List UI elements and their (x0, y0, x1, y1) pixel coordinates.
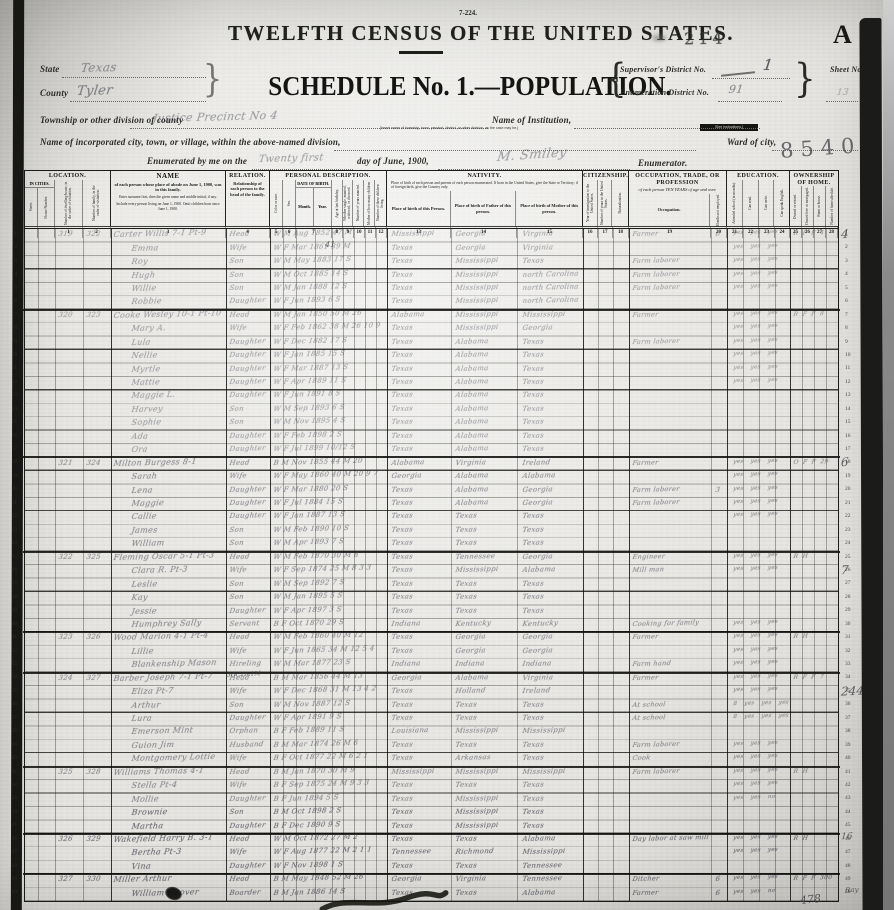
dob-sub-col: Month. (296, 188, 314, 227)
header-col-label: Street. (29, 202, 33, 211)
group-columns: Year of immigration to the United States… (583, 180, 628, 227)
header-col: Number of farm schedule. (826, 186, 838, 226)
entry-own: R H (793, 835, 809, 842)
entry-name: Blankenship Mason (131, 658, 217, 669)
entry-dw: 320 (58, 310, 73, 318)
entry-pobm: Alabama (522, 888, 556, 897)
header-col-label: Can speak English. (780, 189, 784, 217)
entry-rel: Daughter (229, 296, 266, 305)
entry-name: Carter Willis 7-1 Pt-9 (113, 228, 207, 239)
entry-pobm: Texas (522, 391, 545, 400)
entry-edu: yes yes no (733, 888, 776, 895)
entry-pob: Mississippi (391, 767, 435, 776)
entry-pob: Texas (391, 834, 414, 843)
group-title: NAME (111, 171, 225, 181)
entry-pob: Texas (391, 337, 414, 346)
entry-occ: Farm laborer (632, 484, 680, 493)
entry-desc: W M Nov 1887 12 S (273, 699, 351, 709)
entry-pob: Texas (391, 861, 414, 870)
entry-occ: Farm laborer (632, 767, 680, 776)
row-number: 42 (845, 779, 859, 792)
entry-edu: yes yes yes (733, 659, 778, 666)
header-col-label: Farm or house. (817, 195, 821, 217)
entry-name: Emma (131, 243, 159, 253)
entry-dw: 325 (58, 767, 73, 775)
entry-occ: Farmer (632, 458, 659, 467)
entry-pobf: Texas (455, 781, 478, 790)
entry-pobm: Georgia (522, 323, 553, 332)
entry-pob: Texas (391, 243, 414, 252)
row-number: 43 (3, 792, 17, 805)
entry-rel: Head (229, 767, 250, 776)
entry-rel: Son (229, 418, 245, 426)
row-number: 14 (845, 403, 859, 416)
entry-desc: W F Jan 1887 13 S (273, 511, 346, 521)
entry-pob: Texas (391, 539, 414, 548)
entry-desc: W M May 1883 17 S (273, 255, 352, 265)
row-number: 42 (3, 779, 17, 792)
row-number: 23 (3, 524, 17, 537)
entry-pobm: Virginia (522, 229, 554, 238)
entry-pobm: Texas (522, 377, 545, 386)
entry-mo: 6 (715, 875, 721, 883)
entry-occ: At school (632, 700, 666, 709)
entry-pobm: Georgia (522, 485, 553, 494)
entry-desc: W M Jan 1895 5 S (273, 591, 343, 601)
entry-occ: Farm hand (632, 659, 672, 668)
entry-rel: Wife (229, 848, 247, 856)
entry-own: R F F 7 (793, 673, 825, 681)
column-line (517, 229, 518, 901)
entry-edu: yes yes yes (733, 350, 778, 357)
entry-pobm: Mississippi (522, 767, 566, 776)
entry-edu: yes yes yes (733, 686, 778, 693)
entry-name: William (131, 538, 165, 548)
entry-edu: yes yes yes (733, 646, 778, 653)
entry-pob: Tennessee (391, 847, 432, 856)
entry-fam: 329 (86, 835, 101, 843)
row-number: 12 (845, 376, 859, 389)
in-cities-label: IN CITIES. (25, 180, 54, 188)
header-col-label: Owned or rented. (793, 194, 797, 219)
header-col (226, 199, 269, 227)
enumerated-label: Enumerated by me on the (147, 156, 247, 166)
entry-name: Barber Joseph 7-1 Pt-7 (113, 671, 213, 683)
entry-mo: 6 (715, 889, 721, 897)
header-col-label: Attended school (in months). (732, 182, 736, 224)
entry-pobf: Mississippi (455, 283, 499, 292)
entry-name: Sarah (131, 471, 158, 481)
entry-pobm: Virginia (522, 673, 554, 682)
header-col-label: Mother of how many children. (367, 181, 371, 225)
column-line (727, 229, 729, 901)
entry-pob: Texas (391, 283, 414, 292)
group-title: LOCATION. (25, 171, 110, 180)
entry-occ: Cooking for family (632, 618, 700, 628)
entry-pobf: Alabama (455, 673, 489, 682)
entry-desc: W M Feb 1870 30 M 8 (273, 551, 359, 561)
entry-pobf: Alabama (455, 431, 489, 440)
entry-edu: yes yes yes (733, 484, 778, 491)
row-number: 36 (3, 698, 17, 711)
row-number: 20 (3, 483, 17, 496)
entry-pobf: Texas (455, 593, 478, 602)
entry-rel: Wife (229, 687, 247, 695)
row-number: 37 (3, 712, 17, 725)
entry-edu: yes yes yes (733, 767, 778, 774)
column-line (711, 229, 712, 901)
day-of-june-label: day of June, 1900, (357, 156, 429, 166)
entry-pobf: Texas (455, 861, 478, 870)
footer-pencil-number: 478 (799, 892, 821, 907)
entry-name: Jessie (131, 606, 158, 616)
entry-pob: Texas (391, 364, 414, 373)
row-number: 22 (845, 510, 859, 523)
entry-desc: B F Sep 1875 24 M 9 3 3 (273, 779, 370, 789)
header-col: Occupation. (629, 194, 710, 226)
entry-pob: Texas (391, 498, 414, 507)
entry-occ: Farm laborer (632, 269, 680, 278)
entry-pob: Texas (391, 687, 414, 696)
row-number: 12 (3, 376, 17, 389)
row-number: 2 (845, 241, 859, 254)
county-label: County (40, 88, 68, 98)
entry-rel: Daughter (229, 606, 266, 615)
entry-pob: Texas (391, 781, 414, 790)
entry-pobm: Texas (522, 754, 545, 763)
entry-occ: Farm laborer (632, 740, 680, 749)
header-col-label: Age at last birthday. (335, 189, 339, 218)
entry-pobm: Texas (522, 431, 545, 440)
row-number: 1 (845, 228, 859, 241)
entry-desc: W F Mar 1880 20 S (273, 484, 349, 494)
header-col-label: Whether single, married, widowed, or div… (343, 181, 351, 225)
row-number: 48 (845, 860, 859, 873)
group-desc-2: Enter surname first, then the given name… (111, 194, 225, 201)
header-group-8: OWNERSHIP OF HOME.Owned or rented.Owned … (790, 171, 838, 226)
entry-rel: Daughter (229, 794, 266, 803)
entry-pobm: Texas (522, 539, 545, 548)
entry-pob: Texas (391, 606, 414, 615)
row-number: 28 (845, 591, 859, 604)
entry-pobf: Texas (455, 713, 478, 722)
entry-name: Myrtle (131, 364, 161, 374)
entry-pob: Texas (391, 404, 414, 413)
row-number: 36 (845, 698, 859, 711)
header-col: Year of immigration to the United States… (583, 180, 598, 227)
entry-edu: yes yes yes (733, 283, 778, 290)
entry-occ: Farmer (632, 230, 659, 239)
entry-edu: yes yes yes (733, 740, 778, 747)
entry-own: O F F 29 (793, 458, 829, 466)
entry-edu: yes yes yes (733, 377, 778, 384)
enumerator-label: Enumerator. (638, 158, 687, 168)
entry-rel: Daughter (229, 431, 266, 440)
row-number: 46 (845, 833, 859, 846)
entry-rel: Daughter (229, 444, 266, 453)
group-title: OWNERSHIP OF HOME. (790, 171, 838, 186)
header-col-label: House Number. (44, 196, 48, 219)
entry-edu: yes yes yes (733, 229, 778, 236)
row-number: 25 (845, 551, 859, 564)
entry-desc: B F Jun 1894 5 S (273, 793, 339, 803)
column-line (814, 229, 815, 901)
entry-name: Clara R. Pt-3 (131, 565, 188, 575)
entry-name: Roy (131, 257, 149, 266)
entry-pob: Indiana (391, 660, 421, 669)
header-col: House Number. (38, 188, 54, 227)
entry-desc: B F Oct 1870 29 S (273, 618, 345, 628)
entry-pob: Texas (391, 485, 414, 494)
header-col-label: Place of birth of this Person. (390, 206, 447, 212)
header-col-label: Number of farm schedule. (830, 187, 834, 225)
entry-rel: Son (229, 808, 245, 816)
entry-occ: Cook (632, 754, 651, 762)
state-label: State (40, 64, 60, 74)
entry-rel: Wife (229, 754, 247, 762)
entry-pob: Texas (391, 445, 414, 454)
census-screenshot: 7-224. TWELFTH CENSUS OF THE UNITED STAT… (0, 0, 894, 910)
in-cities-cols: Street.House Number. (25, 188, 54, 227)
header-group-4: NATIVITY.Place of birth of each person a… (387, 171, 583, 226)
entry-pobm: Texas (522, 808, 545, 817)
entry-pobm: Mississippi (522, 847, 566, 856)
entry-pobf: Alabama (455, 471, 489, 480)
entry-pobm: Texas (522, 257, 545, 266)
header-col: Mother of how many children. (364, 180, 375, 227)
entry-occ: Farmer (632, 673, 659, 682)
entry-name: Humphrey Sally (131, 618, 202, 629)
row-number: 47 (845, 846, 859, 859)
entry-rel: Son (229, 284, 245, 292)
group-title: OCCUPATION, TRADE, OR PROFESSION (629, 171, 726, 186)
stamp-214: 214 (684, 29, 727, 49)
header-group-6: OCCUPATION, TRADE, OR PROFESSIONof each … (629, 171, 727, 226)
entry-pob: Texas (391, 270, 414, 279)
entry-rel: Daughter (229, 337, 266, 346)
scan-right-margin (883, 0, 894, 910)
entry-rel: Wife (229, 324, 247, 332)
entry-desc: W M Aug 1852 47 M (273, 228, 353, 238)
entry-name: Bertha Pt-3 (131, 847, 182, 857)
state-value: Texas (80, 60, 118, 75)
entry-name: Lillie (131, 646, 154, 656)
entry-pob: Texas (391, 418, 414, 427)
entry-occ: Farm laborer (632, 498, 680, 507)
entry-pobf: Texas (455, 579, 478, 588)
group-title: NATIVITY. (387, 171, 582, 180)
entry-edu: yes yes yes (733, 673, 778, 680)
header-col: Can write. (759, 180, 775, 227)
group-columns: Attended school (in months).Can read.Can… (727, 180, 789, 227)
entry-own: R F F 8 (793, 310, 825, 318)
row-number: 29 (845, 604, 859, 617)
entry-pob: Texas (391, 297, 414, 306)
row-number: 47 (3, 846, 17, 859)
entry-name: Robbie (131, 297, 162, 307)
entry-rel: Head (229, 875, 250, 884)
entry-pobm: Georgia (522, 498, 553, 507)
entry-pob: Georgia (391, 471, 422, 480)
row-number: 15 (845, 416, 859, 429)
row-number: 37 (845, 712, 859, 725)
entry-pobf: Alabama (455, 498, 489, 507)
entry-fam: 324 (86, 458, 101, 466)
entry-pobm: Texas (522, 445, 545, 454)
row-numbers-left: 1234567891011121314151617181920212223242… (3, 228, 17, 900)
entry-pobm: Texas (522, 579, 545, 588)
row-number: 49 (845, 873, 859, 886)
entry-desc: W F Apr 1897 3 S (273, 605, 342, 615)
entry-desc: W F Jul 1884 15 S (273, 497, 344, 507)
entry-name: Miller Arthur (113, 874, 172, 885)
entry-name: Callie (131, 512, 157, 522)
entry-edu: yes yes yes (733, 834, 778, 841)
entry-desc: W F Dec 1868 31 M 13 4 2 (273, 684, 377, 695)
entry-edu: yes yes yes (733, 323, 778, 330)
row-number: 50 (845, 886, 859, 899)
group-desc: Place of birth of each person and parent… (387, 180, 582, 192)
enumerated-day-value: Twenty first (258, 152, 324, 165)
entry-fam: 327 (86, 673, 101, 681)
enumeration-line (718, 100, 782, 102)
entry-rel: Head (229, 458, 250, 467)
entry-edu: yes yes yes (733, 552, 778, 559)
row-number: 45 (845, 819, 859, 832)
column-line (270, 229, 272, 901)
entry-rel: Daughter (229, 498, 266, 507)
group-title: RELATION. (226, 171, 269, 180)
entry-name: Maggie L. (131, 390, 176, 400)
entry-desc: W F Nov 1898 1 S (273, 860, 344, 870)
entry-name: Willie (131, 283, 157, 293)
header-col-label: Sex. (287, 200, 291, 206)
row-number: 29 (3, 604, 17, 617)
entry-pobf: Texas (455, 512, 478, 521)
entry-pob: Texas (391, 552, 414, 561)
entry-pobf: Alabama (455, 485, 489, 494)
header-col: Place of birth of this Person. (387, 191, 451, 226)
header-col-label: Can write. (764, 195, 768, 210)
entry-pob: Texas (391, 391, 414, 400)
entry-pob: Texas (391, 324, 414, 333)
entry-pobf: Georgia (455, 243, 486, 252)
row-numbers-right: 1234567891011121314151617181920212223242… (845, 228, 859, 900)
entry-name: Montgomery Lottie (131, 752, 216, 763)
entry-pobf: Texas (455, 834, 478, 843)
entry-pobf: Mississippi (455, 565, 499, 574)
entry-dw: 323 (58, 633, 73, 641)
entry-dw: 327 (58, 875, 73, 883)
entry-name: Brownie (131, 807, 168, 817)
row-number: 38 (845, 725, 859, 738)
dob-sub-label: Month. (298, 204, 311, 209)
entry-pob: Texas (391, 713, 414, 722)
district-brace-close: } (794, 56, 816, 102)
entry-pobm: Tennessee (522, 861, 563, 870)
city-label: Name of incorporated city, town, or vill… (40, 137, 341, 147)
entry-pobf: Alabama (455, 377, 489, 386)
column-line (583, 229, 585, 901)
entry-rel: Daughter (229, 511, 266, 520)
entry-pob: Texas (391, 794, 414, 803)
township-note: [Insert name of township, town, precinct… (380, 126, 518, 130)
entry-name: Emerson Mint (131, 726, 194, 737)
entry-own: R F F 4 (793, 229, 825, 237)
entry-pobf: Mississippi (455, 269, 499, 278)
row-number: 2 (3, 241, 17, 254)
column-line (83, 229, 84, 901)
entry-desc: W M Jan 1850 50 M 26 (273, 309, 362, 319)
header-col: Attended school (in months). (727, 180, 743, 227)
entry-pobm: north Carolina (522, 269, 579, 278)
dob-sub-label: Year. (318, 204, 327, 209)
state-line (62, 76, 206, 78)
entry-pob: Alabama (391, 310, 425, 319)
entry-pob: Georgia (391, 673, 422, 682)
header-col-label: Can read. (748, 196, 752, 210)
row-number: 16 (3, 430, 17, 443)
row-number: 35 (3, 685, 17, 698)
entry-pobm: Texas (522, 404, 545, 413)
header-col: Number of years in the United States. (598, 180, 613, 227)
group-columns (111, 213, 225, 227)
entry-rel: Head (229, 552, 250, 561)
entry-pob: Alabama (391, 458, 425, 467)
pencil-mark: 3OC2B.1M (227, 670, 261, 679)
entry-name: James (131, 525, 158, 535)
row-number: 27 (845, 577, 859, 590)
entry-pobf: Alabama (455, 350, 489, 359)
header-col: Street. (25, 188, 38, 227)
entry-edu: yes yes yes (733, 565, 778, 572)
entry-pobf: Georgia (455, 646, 486, 655)
row-number: 1 (3, 228, 17, 241)
header-group-2: RELATION.Relationship of each person to … (226, 171, 270, 226)
column-line (451, 229, 452, 901)
row-number: 25 (3, 551, 17, 564)
entry-edu: yes yes yes (733, 847, 778, 854)
entry-rel: Boarder (229, 888, 261, 897)
entry-pob: Louisiana (391, 727, 429, 736)
header-col: Months not employed. (710, 194, 726, 226)
entry-pobm: Indiana (522, 660, 552, 669)
entry-name: Stella Pt-4 (131, 780, 178, 790)
header-col (111, 213, 225, 227)
header-col: Number of years married. (353, 180, 364, 227)
entry-name: Arthur (131, 700, 161, 710)
header-col: Number of family, in the order of visita… (83, 180, 110, 227)
header-col-label: Naturalization. (618, 192, 622, 213)
row-number: 24 (3, 537, 17, 550)
row-number: 44 (845, 806, 859, 819)
institution-label: Name of Institution, (492, 115, 571, 125)
header-col-label: Owned free or mortgaged. (805, 187, 809, 225)
header-group-7: EDUCATION.Attended school (in months).Ca… (727, 171, 790, 226)
row-number: 5 (845, 282, 859, 295)
header-col-label: Occupation. (656, 207, 683, 213)
entry-pobm: north Carolina (522, 296, 579, 305)
entry-pobm: Texas (522, 512, 545, 521)
row-number: 21 (3, 497, 17, 510)
row-number: 46 (3, 833, 17, 846)
entry-fam: 328 (86, 767, 101, 775)
row-number: 11 (845, 362, 859, 375)
dob-block: DATE OF BIRTH.Month.Year. (296, 180, 332, 227)
entry-pob: Texas (391, 754, 414, 763)
entry-edu: 8 yes yes yes (733, 699, 789, 706)
entry-name: Eliza Pt-7 (131, 686, 174, 696)
